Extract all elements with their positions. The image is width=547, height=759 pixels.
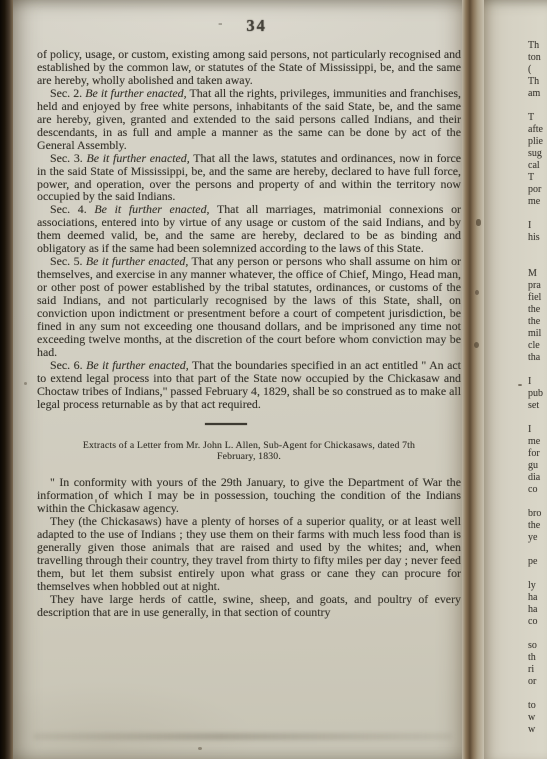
paragraph: Sec. 3. Be it further enacted, That all … — [37, 152, 461, 204]
italic-text-segment: Be it further enacted, — [94, 202, 209, 216]
text-segment: They have large herds of cattle, swine, … — [37, 592, 461, 619]
paragraph: of policy, usage, or custom, existing am… — [37, 48, 461, 87]
page-gutter-crease — [462, 0, 484, 759]
paragraph: Sec. 4. Be it further enacted, That all … — [37, 203, 461, 255]
text-segment: of policy, usage, or custom, existing am… — [37, 47, 461, 87]
text-segment: That any person or persons who shall ass… — [37, 254, 461, 359]
paper-specks — [0, 0, 1, 1]
paper-speck — [198, 747, 202, 750]
adjacent-page-edge: Th ton ( Th am T afte plie sug cal T por… — [484, 0, 547, 759]
letter-heading: Extracts of a Letter from Mr. John L. Al… — [37, 440, 461, 464]
paper-speck — [476, 219, 481, 226]
book-page: - 34 of policy, usage, or custom, existi… — [13, 0, 462, 759]
italic-text-segment: Be it further enacted, — [86, 254, 188, 268]
paper-speck — [475, 290, 479, 295]
text-segment: Sec. 5. — [50, 254, 86, 268]
page-number-dash: - — [218, 15, 222, 31]
statute-paragraphs: of policy, usage, or custom, existing am… — [37, 48, 461, 411]
page-bottom-smudge — [33, 733, 452, 740]
scanned-book-page: - 34 of policy, usage, or custom, existi… — [0, 0, 547, 759]
text-segment: They (the Chickasaws) have a plenty of h… — [37, 514, 461, 593]
page-number: 34 — [246, 16, 267, 35]
paper-speck — [95, 499, 97, 503]
text-segment: Sec. 2. — [50, 86, 85, 100]
book-spine-shadow — [0, 0, 13, 759]
letter-heading-line1: Extracts of a Letter from Mr. John L. Al… — [37, 440, 461, 452]
italic-text-segment: Be it further enacted, — [85, 86, 186, 100]
paragraph: Sec. 5. Be it further enacted, That any … — [37, 255, 461, 359]
text-segment: Sec. 6. — [50, 358, 86, 372]
paper-speck — [474, 342, 479, 348]
paragraph: Sec. 6. Be it further enacted, That the … — [37, 359, 461, 411]
page-text-column: of policy, usage, or custom, existing am… — [37, 48, 461, 619]
letter-heading-line2: February, 1830. — [37, 451, 461, 463]
paragraph: Sec. 2. Be it further enacted, That all … — [37, 87, 461, 152]
text-segment: Sec. 3. — [50, 151, 86, 165]
letter-paragraphs: " In conformity with yours of the 29th J… — [37, 476, 461, 618]
paper-speck — [518, 384, 522, 386]
italic-text-segment: Be it further enacted, — [86, 151, 189, 165]
paragraph: " In conformity with yours of the 29th J… — [37, 476, 461, 515]
text-segment: " In conformity with yours of the 29th J… — [37, 475, 461, 515]
paper-speck — [24, 382, 27, 385]
italic-text-segment: Be it further enacted, — [86, 358, 189, 372]
text-segment: Sec. 4. — [50, 202, 94, 216]
page-number-group: - 34 — [218, 18, 267, 35]
page-number-row: - 34 — [13, 15, 462, 36]
paragraph: They (the Chickasaws) have a plenty of h… — [37, 515, 461, 593]
section-divider-rule — [205, 423, 247, 425]
paragraph: They have large herds of cattle, swine, … — [37, 593, 461, 619]
adjacent-page-text: Th ton ( Th am T afte plie sug cal T por… — [528, 40, 547, 736]
